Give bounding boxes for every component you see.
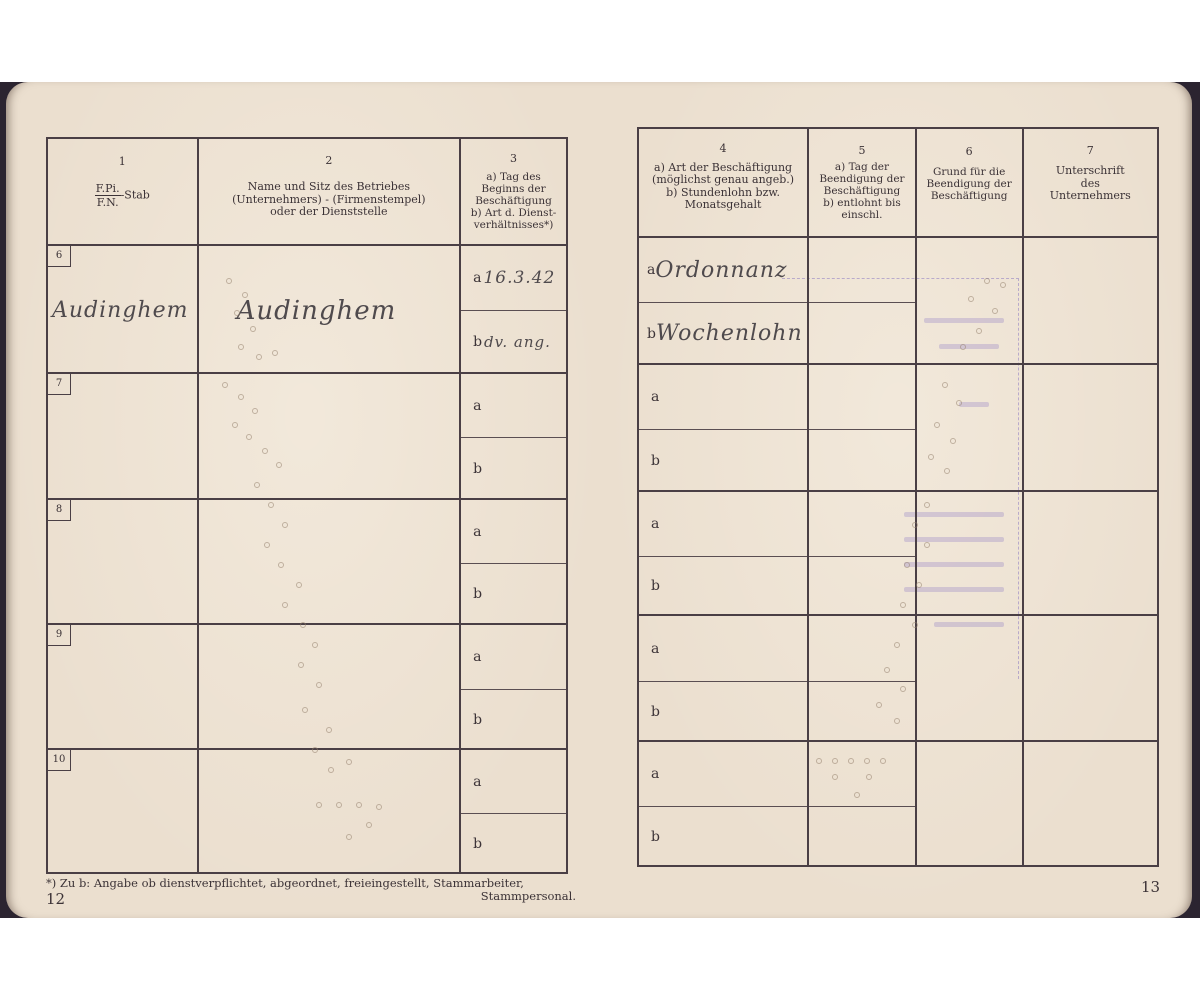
row-col-7	[1023, 615, 1158, 741]
header-col-6: 6 Grund für die Beendigung der Beschäfti…	[916, 128, 1023, 237]
header-col-7: 7 Unterschrift des Unternehmers	[1023, 128, 1158, 237]
row-col-7	[1023, 364, 1158, 491]
right-page: 4 a) Art der Beschäftigung (möglichst ge…	[604, 82, 1192, 918]
row-col-4: a b	[638, 615, 808, 741]
row-col-4: a Ordonnanz b Wochenlohn	[638, 237, 808, 364]
right-employment-table: 4 a) Art der Beschäftigung (möglichst ge…	[637, 127, 1159, 867]
page-number-left: 12	[46, 890, 65, 908]
row-col-3: a b	[460, 373, 567, 499]
row-col-1: 8	[47, 499, 198, 624]
row-col-3: a 16.3.42 b dv. ang.	[460, 245, 567, 373]
row-col-7	[1023, 741, 1158, 866]
handwritten-company: Audinghem	[237, 296, 397, 326]
table-row: a b	[638, 741, 1158, 866]
left-header-row: 1 F.Pi. F.N. -Stab 2 Name und Sitz des B…	[47, 138, 567, 245]
row-col-5	[808, 237, 916, 364]
header-col-1: 1 F.Pi. F.N. -Stab	[47, 138, 198, 245]
table-row: 7 a b	[47, 373, 567, 499]
table-row: 9 a b	[47, 624, 567, 749]
row-col-6	[916, 364, 1023, 491]
row-number: 7	[48, 374, 71, 395]
row-col-1: 6 Audinghem	[47, 245, 198, 373]
table-row: a b	[638, 364, 1158, 491]
row-col-3: a b	[460, 499, 567, 624]
table-row: a Ordonnanz b Wochenlohn	[638, 237, 1158, 364]
row-number: 9	[48, 625, 71, 646]
row-col-4: a b	[638, 364, 808, 491]
row-number: 6	[48, 246, 71, 267]
row-col-1: 7	[47, 373, 198, 499]
handwritten-place: Audinghem	[52, 298, 188, 323]
page-number-right: 13	[1141, 878, 1160, 896]
left-employment-table: 1 F.Pi. F.N. -Stab 2 Name und Sitz des B…	[46, 137, 568, 874]
row-col-6	[916, 491, 1023, 615]
row-col-5	[808, 741, 916, 866]
row-col-2	[198, 499, 460, 624]
row-col-3: a b	[460, 749, 567, 873]
row-number: 10	[48, 750, 71, 771]
row-col-6	[916, 615, 1023, 741]
start-date: 16.3.42	[483, 268, 555, 288]
row-col-4: a b	[638, 491, 808, 615]
footnote: *) Zu b: Angabe ob dienstverpflichtet, a…	[46, 877, 576, 903]
row-col-7	[1023, 491, 1158, 615]
header-col-4: 4 a) Art der Beschäftigung (möglichst ge…	[638, 128, 808, 237]
row-number: 8	[48, 500, 71, 521]
row-col-4: a b	[638, 741, 808, 866]
row-col-5	[808, 491, 916, 615]
wage-type: Wochenlohn	[656, 321, 803, 346]
occupation: Ordonnanz	[655, 258, 787, 283]
table-row: 8 a b	[47, 499, 567, 624]
row-col-1: 10	[47, 749, 198, 873]
header-col-2: 2 Name und Sitz des Betriebes (Unternehm…	[198, 138, 460, 245]
right-header-row: 4 a) Art der Beschäftigung (möglichst ge…	[638, 128, 1158, 237]
table-row: 10 a b	[47, 749, 567, 873]
row-col-2	[198, 373, 460, 499]
row-col-5	[808, 364, 916, 491]
left-page: 1 F.Pi. F.N. -Stab 2 Name und Sitz des B…	[6, 82, 604, 918]
row-col-7	[1023, 237, 1158, 364]
table-row: a b	[638, 491, 1158, 615]
service-type: dv. ang.	[484, 333, 551, 351]
table-row: 6 Audinghem Audinghem a 16.3.42 b dv. an…	[47, 245, 567, 373]
open-booklet: 1 F.Pi. F.N. -Stab 2 Name und Sitz des B…	[0, 82, 1200, 918]
header-col-5: 5 a) Tag der Beendigung der Beschäftigun…	[808, 128, 916, 237]
row-col-6	[916, 741, 1023, 866]
header-col-3: 3 a) Tag des Beginns der Beschäftigung b…	[460, 138, 567, 245]
row-col-2: Audinghem	[198, 245, 460, 373]
row-col-1: 9	[47, 624, 198, 749]
row-col-3: a b	[460, 624, 567, 749]
unit-fraction: F.Pi. F.N.	[95, 182, 121, 209]
